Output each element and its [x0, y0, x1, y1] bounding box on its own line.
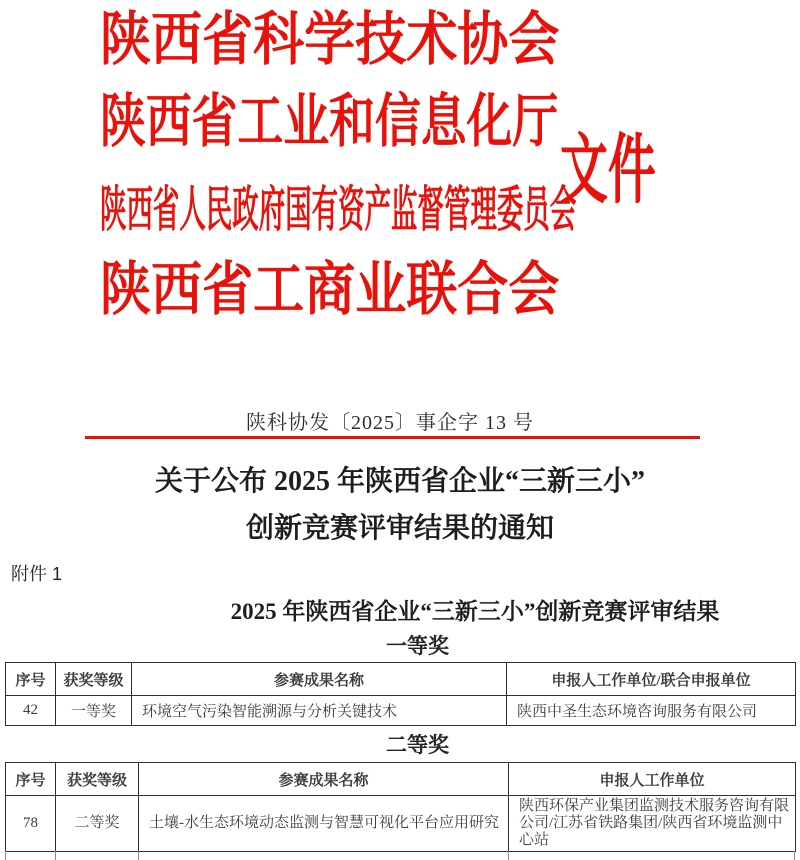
cutoff-next-row-borders: [5, 851, 795, 860]
cell-entry-name: 土壤-水生态环境动态监测与智慧可视化平台应用研究: [139, 796, 509, 852]
col-header-applicant-unit: 申报人工作单位: [509, 763, 796, 796]
org-name-sasac: 陕西省人民政府国有资产监督管理委员会: [100, 183, 576, 237]
col-header-entry-name: 参赛成果名称: [132, 663, 507, 696]
table-border-stub: [5, 851, 6, 860]
document-title: 关于公布 2025 年陕西省企业“三新三小” 创新竞赛评审结果的通知: [0, 458, 800, 552]
table-border-stub: [794, 851, 795, 860]
table-row: 78 二等奖 土壤-水生态环境动态监测与智慧可视化平台应用研究 陕西环保产业集团…: [6, 796, 796, 852]
table-border-stub: [508, 851, 509, 860]
col-header-award-level: 获奖等级: [56, 763, 139, 796]
col-header-entry-name: 参赛成果名称: [139, 763, 509, 796]
org-name-industry-it-dept: 陕西省工业和信息化厅: [100, 90, 558, 154]
document-title-line2: 创新竞赛评审结果的通知: [0, 505, 800, 552]
col-header-serial: 序号: [6, 663, 56, 696]
cell-serial: 78: [6, 796, 56, 852]
second-prize-table: 序号 获奖等级 参赛成果名称 申报人工作单位 78 二等奖 土壤-水生态环境动态…: [5, 762, 796, 852]
letterhead: 陕西省科学技术协会 陕西省工业和信息化厅 陕西省人民政府国有资产监督管理委员会 …: [0, 0, 800, 335]
document-page: 陕西省科学技术协会 陕西省工业和信息化厅 陕西省人民政府国有资产监督管理委员会 …: [0, 0, 800, 860]
document-label: 文件: [560, 130, 656, 214]
cell-award-level: 二等奖: [56, 796, 139, 852]
table-header-row: 序号 获奖等级 参赛成果名称 申报人工作单位: [6, 763, 796, 796]
col-header-applicant-unit: 申报人工作单位/联合申报单位: [507, 663, 796, 696]
org-name-science-association: 陕西省科学技术协会: [100, 8, 559, 72]
document-number: 陕科协发〔2025〕事企字 13 号: [0, 406, 780, 435]
cell-serial: 42: [6, 696, 56, 726]
table-border-stub: [55, 851, 56, 860]
table-border-stub: [138, 851, 139, 860]
cell-applicant-unit: 陕西中圣生态环境咨询服务有限公司: [507, 696, 796, 726]
second-prize-heading: 二等奖: [0, 729, 800, 759]
cell-applicant-unit: 陕西环保产业集团监测技术服务咨询有限公司/江苏省铁路集团/陕西省环境监测中心站: [509, 796, 796, 852]
results-subtitle: 2025 年陕西省企业“三新三小”创新竞赛评审结果: [0, 593, 800, 626]
document-title-line1: 关于公布 2025 年陕西省企业“三新三小”: [0, 458, 800, 505]
cell-entry-name: 环境空气污染智能溯源与分析关键技术: [132, 696, 507, 726]
org-name-federation-industry-commerce: 陕西省工商业联合会: [100, 258, 559, 322]
table-row: 42 一等奖 环境空气污染智能溯源与分析关键技术 陕西中圣生态环境咨询服务有限公…: [6, 696, 796, 726]
col-header-award-level: 获奖等级: [56, 663, 132, 696]
attachment-label: 附件 1: [11, 560, 62, 586]
cell-award-level: 一等奖: [56, 696, 132, 726]
col-header-serial: 序号: [6, 763, 56, 796]
red-divider-line: [85, 436, 700, 439]
table-header-row: 序号 获奖等级 参赛成果名称 申报人工作单位/联合申报单位: [6, 663, 796, 696]
first-prize-table: 序号 获奖等级 参赛成果名称 申报人工作单位/联合申报单位 42 一等奖 环境空…: [5, 662, 796, 726]
first-prize-heading: 一等奖: [0, 630, 800, 660]
